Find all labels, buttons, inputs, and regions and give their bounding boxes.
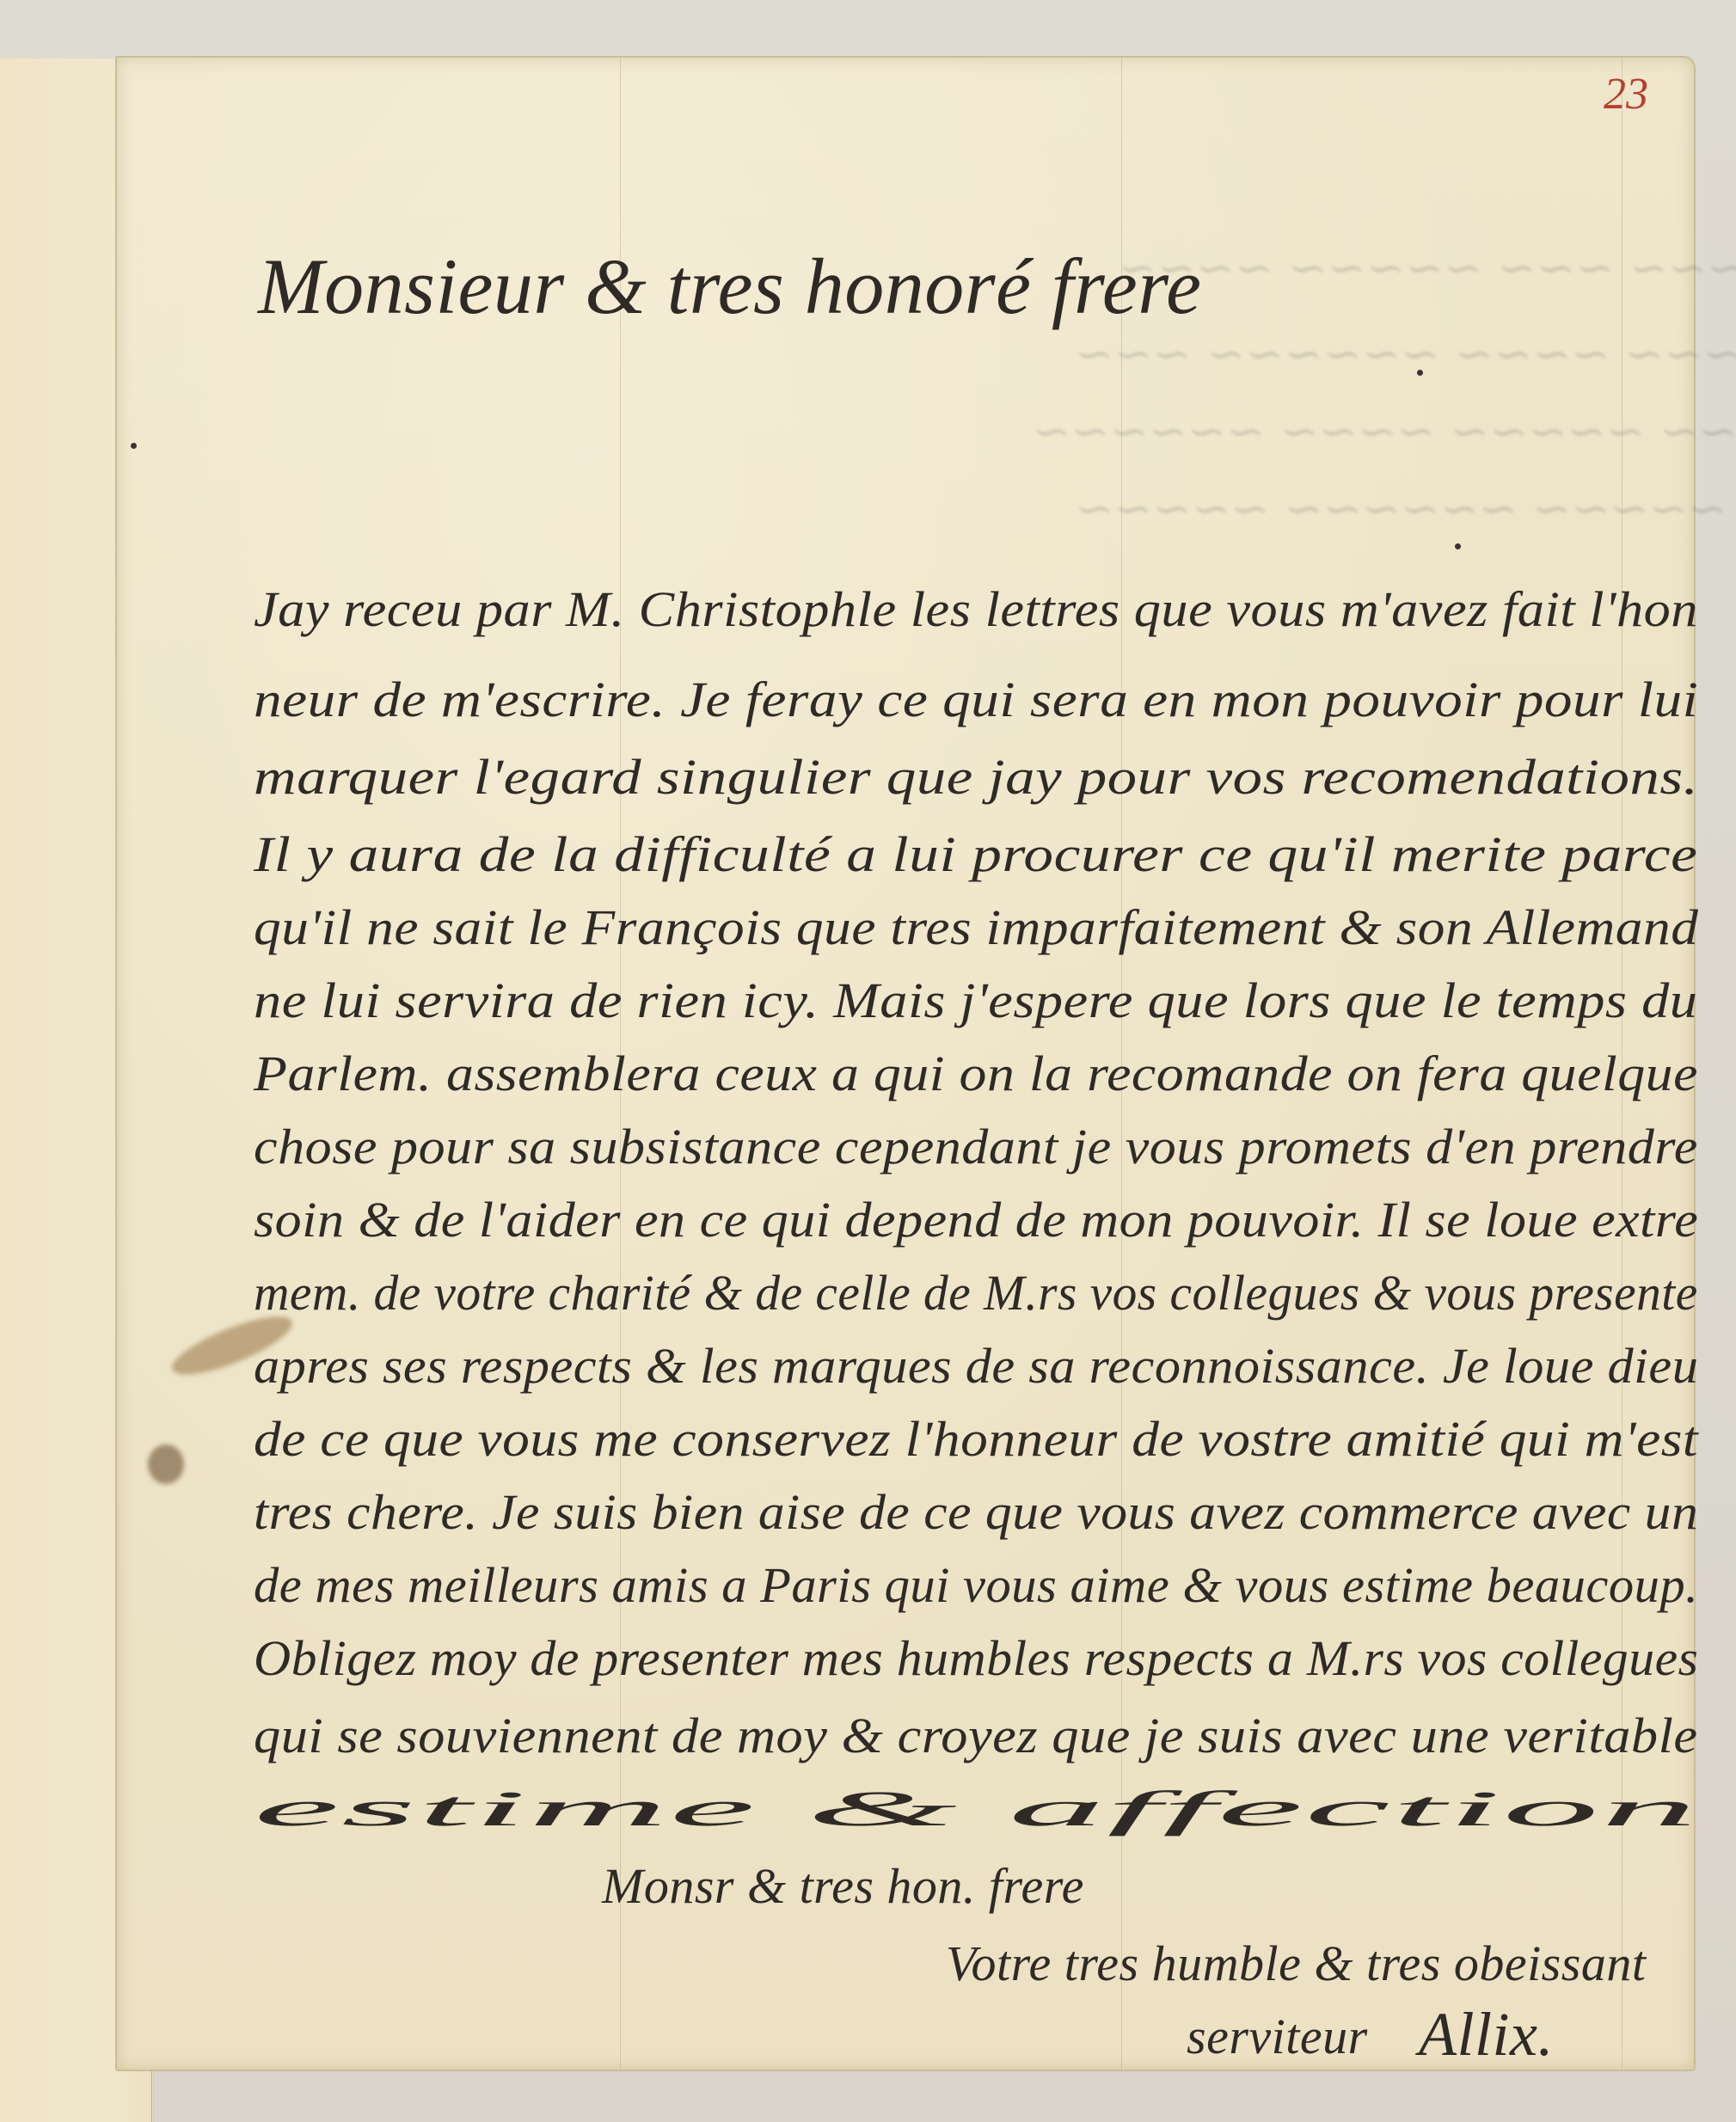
ink-stain xyxy=(148,1444,184,1484)
salutation: Monsieur & tres honoré frere xyxy=(258,241,1201,332)
show-through-text: ~~~~~ ~~~~~~ ~~~~~ xyxy=(1075,481,1727,536)
letter-line: estime & affection xyxy=(254,1780,1699,1837)
letter-line: Parlem. assemblera ceux a qui on la reco… xyxy=(254,1045,1698,1102)
letter-line: soin & de l'aider en ce qui depend de mo… xyxy=(254,1191,1698,1248)
letter-line: chose pour sa subsistance cependant je v… xyxy=(254,1118,1698,1175)
letter-line: de mes meilleurs amis a Paris qui vous a… xyxy=(254,1556,1698,1614)
letter-line: de ce que vous me conservez l'honneur de… xyxy=(254,1410,1698,1468)
ink-speck xyxy=(131,443,137,449)
letter-line: qui se souviennent de moy & croyez que j… xyxy=(254,1707,1698,1764)
signature: Allix. xyxy=(1419,1999,1554,2070)
ink-speck xyxy=(1417,370,1423,376)
letter-line: tres chere. Je suis bien aise de ce que … xyxy=(254,1483,1698,1541)
closing-formula: Votre tres humble & tres obeissant xyxy=(946,1935,1646,1992)
letter-line: neur de m'escrire. Je feray ce qui sera … xyxy=(254,671,1698,728)
closing-servant: serviteur xyxy=(1187,2008,1368,2065)
letter-line: marquer l'egard singulier que jay pour v… xyxy=(254,748,1698,806)
facing-page-edge xyxy=(151,2064,152,2122)
letter-line: apres ses respects & les marques de sa r… xyxy=(254,1337,1698,1395)
letter-line: mem. de votre charité & de celle de M.rs… xyxy=(254,1264,1698,1322)
letter-line: Jay receu par M. Christophle les lettres… xyxy=(254,580,1698,638)
letter-line: Obligez moy de presenter mes humbles res… xyxy=(254,1629,1698,1687)
folio-number: 23 xyxy=(1604,69,1648,120)
letter-line: ne lui servira de rien icy. Mais j'esper… xyxy=(254,972,1697,1029)
closing-address: Monsr & tres hon. frere xyxy=(602,1857,1084,1915)
show-through-text: ~~~~ ~~~~~ ~~~~ ~~~~~~ xyxy=(1032,404,1736,458)
show-through-text: ~~~~~~ ~~~~ ~~~~~~ ~~~ xyxy=(1075,327,1736,381)
show-through-text: ~~~~~ ~~~ ~~~~~ ~~~~ xyxy=(1118,241,1736,295)
letter-line: qu'il ne sait le François que tres impar… xyxy=(254,898,1698,956)
ink-speck xyxy=(1455,543,1461,549)
letter-line: Il y aura de la difficulté a lui procure… xyxy=(254,825,1698,883)
